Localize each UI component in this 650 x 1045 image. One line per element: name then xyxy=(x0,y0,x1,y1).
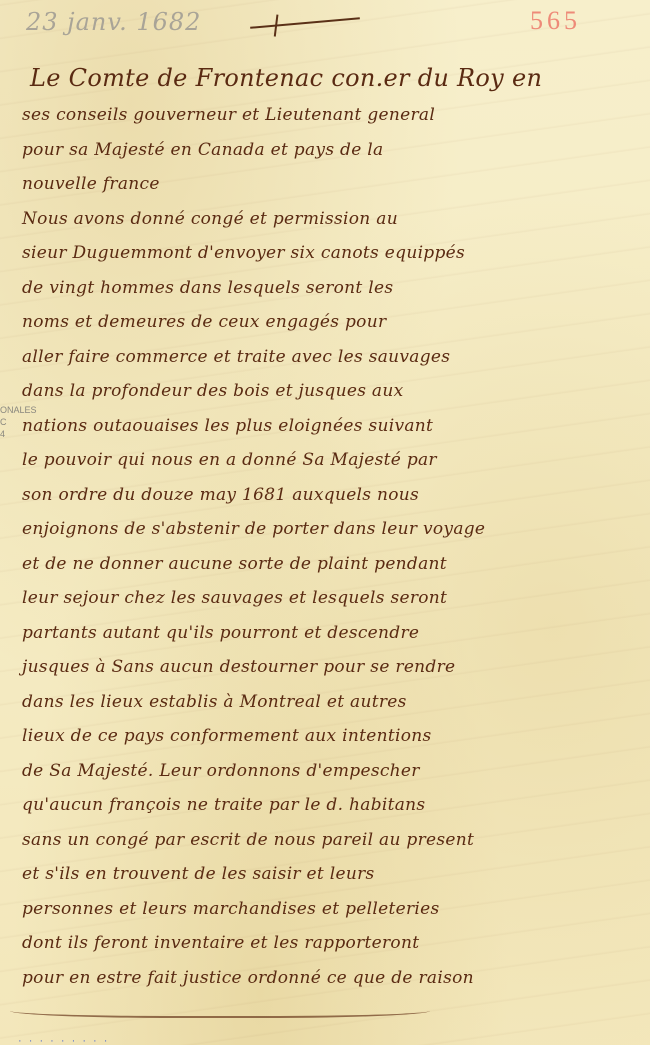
manuscript-line: sieur Duguemmont d'envoyer six canots eq… xyxy=(22,236,637,271)
footer-fragment: · · · · · · · · · xyxy=(18,1035,109,1045)
cross-mark-icon xyxy=(250,17,360,29)
manuscript-line: dont ils feront inventaire et les rappor… xyxy=(22,926,637,961)
manuscript-body: Le Comte de Frontenac con.er du Roy en s… xyxy=(22,58,637,995)
manuscript-line: enjoignons de s'abstenir de porter dans … xyxy=(22,512,637,547)
signature-flourish xyxy=(10,1000,430,1018)
manuscript-line: de Sa Majesté. Leur ordonnons d'empesche… xyxy=(22,754,637,789)
manuscript-line: dans les lieux establis à Montreal et au… xyxy=(22,685,637,720)
manuscript-line: et s'ils en trouvent de les saisir et le… xyxy=(22,857,637,892)
manuscript-line: ses conseils gouverneur et Lieutenant ge… xyxy=(22,98,637,133)
manuscript-line: de vingt hommes dans lesquels seront les xyxy=(22,271,637,306)
folio-number: 565 xyxy=(530,6,581,36)
manuscript-line: nouvelle france xyxy=(22,167,637,202)
manuscript-line: aller faire commerce et traite avec les … xyxy=(22,340,637,375)
manuscript-line: son ordre du douze may 1681 auxquels nou… xyxy=(22,478,637,513)
manuscript-line: jusques à Sans aucun destourner pour se … xyxy=(22,650,637,685)
manuscript-line: sans un congé par escrit de nous pareil … xyxy=(22,823,637,858)
pencil-date-annotation: 23 janv. 1682 xyxy=(26,8,201,36)
manuscript-line: qu'aucun françois ne traite par le d. ha… xyxy=(22,788,637,823)
manuscript-line: noms et demeures de ceux engagés pour xyxy=(22,305,637,340)
manuscript-line: et de ne donner aucune sorte de plaint p… xyxy=(22,547,637,582)
manuscript-page: 23 janv. 1682 565 ONALES C 4 Le Comte de… xyxy=(0,0,650,1045)
manuscript-line: lieux de ce pays conformement aux intent… xyxy=(22,719,637,754)
manuscript-line: personnes et leurs marchandises et pelle… xyxy=(22,892,637,927)
manuscript-line: nations outaouaises les plus eloignées s… xyxy=(22,409,637,444)
manuscript-line: pour en estre fait justice ordonné ce qu… xyxy=(22,961,637,996)
manuscript-line-heading: Le Comte de Frontenac con.er du Roy en xyxy=(22,58,637,98)
manuscript-line: partants autant qu'ils pourront et desce… xyxy=(22,616,637,651)
manuscript-line: dans la profondeur des bois et jusques a… xyxy=(22,374,637,409)
manuscript-line: pour sa Majesté en Canada et pays de la xyxy=(22,133,637,168)
manuscript-line: leur sejour chez les sauvages et lesquel… xyxy=(22,581,637,616)
manuscript-line: Nous avons donné congé et permission au xyxy=(22,202,637,237)
manuscript-line: le pouvoir qui nous en a donné Sa Majest… xyxy=(22,443,637,478)
